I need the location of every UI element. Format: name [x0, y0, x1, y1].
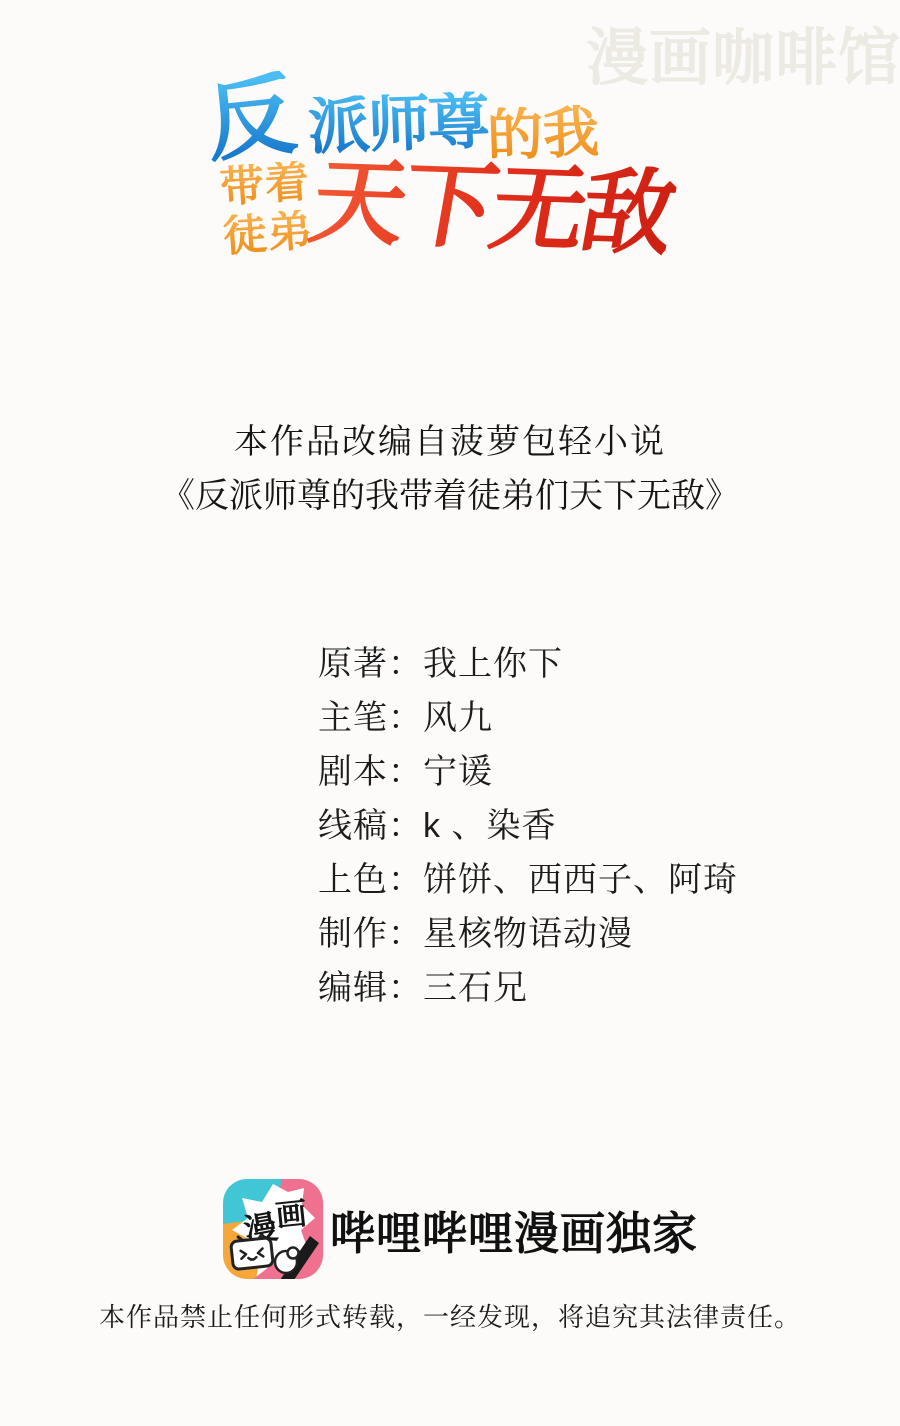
app-icon-thumb: [288, 1248, 299, 1259]
credit-label: 原著：: [318, 645, 423, 684]
credit-row-lead-artist: 主笔：风九: [318, 699, 738, 753]
credit-value: 饼饼、西西子、阿琦: [423, 861, 738, 900]
credit-value: 星核物语动漫: [423, 915, 633, 954]
credit-row-coloring: 上色：饼饼、西西子、阿琦: [318, 861, 738, 915]
title-logo-tudi: 徒弟: [222, 209, 315, 259]
credit-row-original-author: 原著：我上你下: [318, 645, 738, 699]
credit-value: 宁谖: [423, 753, 493, 792]
credit-row-production: 制作：星核物语动漫: [318, 915, 738, 969]
manga-credits-page: 漫画咖啡馆 反 派师尊 的我 带着 徒弟 天下无敌 本作品改编自菠萝包轻小说 《…: [0, 0, 900, 1426]
credit-label: 制作：: [318, 915, 423, 954]
watermark-text: 漫画咖啡馆: [586, 8, 900, 97]
credit-row-script: 剧本：宁谖: [318, 753, 738, 807]
bilibili-manga-app-icon: 漫 画: [222, 1178, 324, 1280]
app-icon-char-hua: 画: [274, 1195, 308, 1233]
publisher-exclusive-text: 哔哩哔哩漫画独家: [330, 1197, 698, 1262]
credit-label: 线稿：: [318, 807, 423, 846]
credits-list: 原著：我上你下 主笔：风九 剧本：宁谖 线稿：k 、染香 上色：饼饼、西西子、阿…: [318, 645, 738, 1023]
credit-value: 三石兄: [423, 969, 528, 1008]
title-logo-tianxiawudi: 天下无敌: [304, 155, 680, 261]
copyright-notice: 本作品禁止任何形式转载，一经发现，将追究其法律责任。: [0, 1297, 900, 1334]
credit-label: 主笔：: [318, 699, 423, 738]
credit-label: 编辑：: [318, 969, 423, 1008]
title-logo-daizhe: 带着: [219, 160, 312, 210]
credit-value: 风九: [423, 699, 493, 738]
credit-row-lineart: 线稿：k 、染香: [318, 807, 738, 861]
credit-label: 上色：: [318, 861, 423, 900]
adaptation-note-line2: 《反派师尊的我带着徒弟们天下无敌》: [0, 468, 900, 517]
credit-value: 我上你下: [423, 645, 563, 684]
credit-row-editor: 编辑：三石兄: [318, 969, 738, 1023]
adaptation-note-line1: 本作品改编自菠萝包轻小说: [0, 414, 900, 463]
title-logo-char-fan: 反: [202, 70, 301, 169]
credit-value: k 、染香: [423, 807, 556, 846]
credit-label: 剧本：: [318, 753, 423, 792]
